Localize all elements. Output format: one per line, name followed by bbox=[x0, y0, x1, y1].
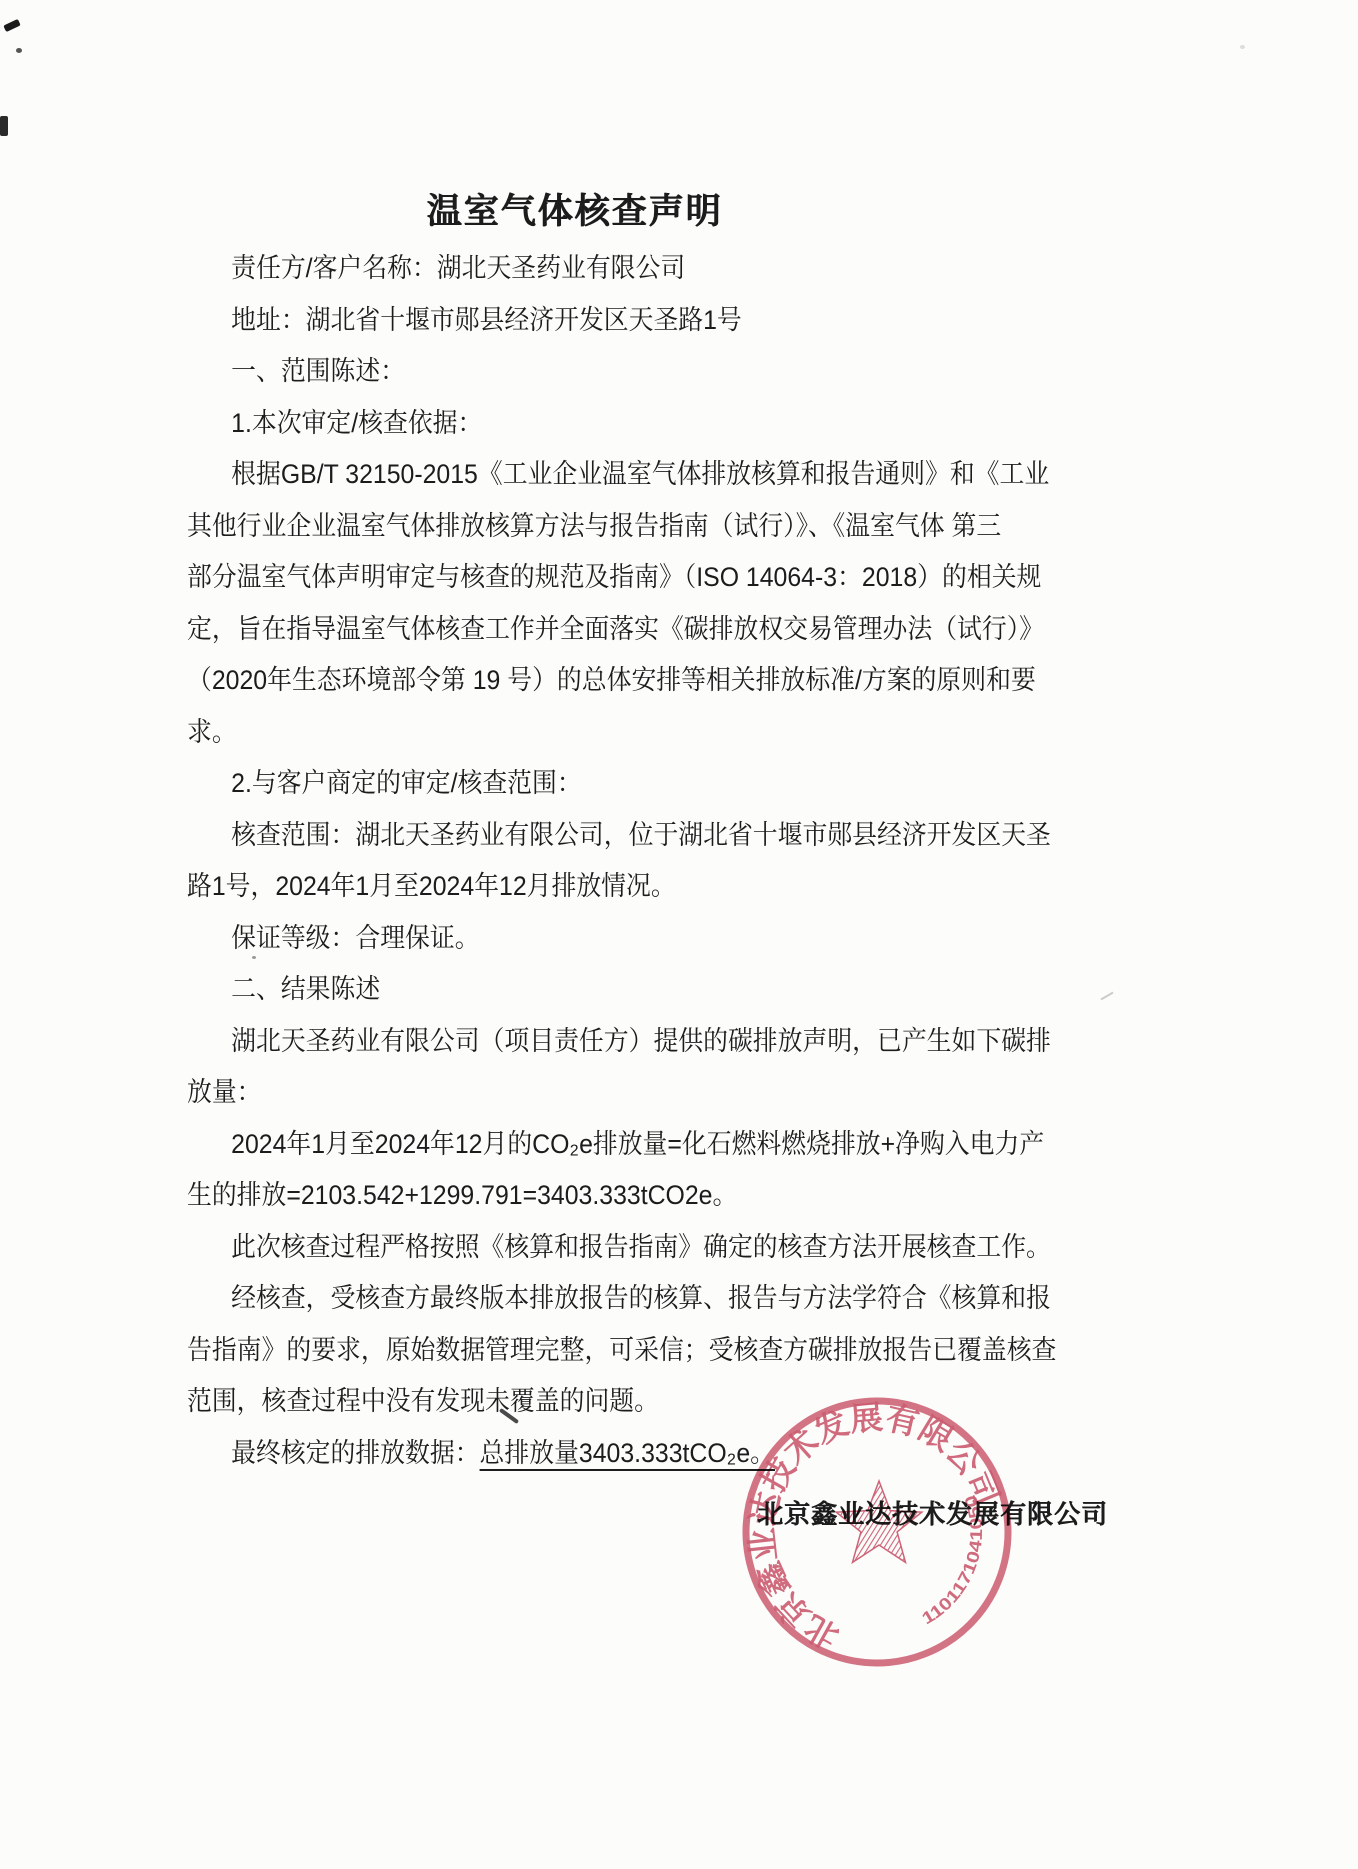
svg-text:1101171041050: 1101171041050 bbox=[919, 1493, 987, 1628]
text-line: 根据GB/T 32150-2015《工业企业温室气体排放核算和报告通则》和《工业 bbox=[187, 449, 914, 501]
text-line: 其他行业企业温室气体排放核算方法与报告指南（试行）》、《温室气体 第三 bbox=[187, 501, 914, 553]
text-line: 一、范围陈述： bbox=[187, 346, 914, 398]
scan-artifact bbox=[1100, 992, 1113, 1001]
text-line: （2020年生态环境部令第 19 号）的总体安排等相关排放标准/方案的原则和要 bbox=[187, 655, 914, 707]
text-line: 1.本次审定/核查依据： bbox=[187, 398, 914, 450]
text-line: 放量： bbox=[187, 1067, 914, 1119]
text-line: 告指南》的要求，原始数据管理完整，可采信；受核查方碳排放报告已覆盖核查 bbox=[187, 1325, 914, 1377]
text-line: 定，旨在指导温室气体核查工作并全面落实《碳排放权交易管理办法（试行）》 bbox=[187, 604, 914, 656]
text-line: 2.与客户商定的审定/核查范围： bbox=[187, 758, 914, 810]
document-title: 温室气体核查声明 bbox=[187, 184, 962, 234]
scan-artifact bbox=[16, 48, 22, 53]
text-line: 路1号，2024年1月至2024年12月排放情况。 bbox=[187, 861, 914, 913]
text-line: 生的排放=2103.542+1299.791=3403.333tCO2e。 bbox=[187, 1170, 914, 1222]
text-line: 部分温室气体声明审定与核查的规范及指南》（ISO 14064-3：2018）的相… bbox=[187, 552, 914, 604]
company-seal-stamp-icon: 北京鑫业达技术发展有限公司 1101171041050 bbox=[727, 1382, 1027, 1682]
scan-artifact bbox=[1240, 45, 1245, 49]
text-line: 保证等级：合理保证。 bbox=[187, 913, 914, 965]
scan-artifact bbox=[3, 19, 20, 32]
text-line: 此次核查过程严格按照《核算和报告指南》确定的核查方法开展核查工作。 bbox=[187, 1222, 914, 1274]
text-line: 求。 bbox=[187, 707, 914, 759]
scan-artifact bbox=[0, 116, 8, 136]
text-line: 经核查，受核查方最终版本排放报告的核算、报告与方法学符合《核算和报 bbox=[187, 1273, 914, 1325]
text-line: 地址：湖北省十堰市郧县经济开发区天圣路1号 bbox=[187, 295, 914, 347]
text-line: 责任方/客户名称：湖北天圣药业有限公司 bbox=[187, 243, 914, 295]
document-body: 责任方/客户名称：湖北天圣药业有限公司地址：湖北省十堰市郧县经济开发区天圣路1号… bbox=[187, 243, 977, 1479]
text-line: 湖北天圣药业有限公司（项目责任方）提供的碳排放声明，已产生如下碳排 bbox=[187, 1016, 914, 1068]
seal-serial-number: 1101171041050 bbox=[919, 1493, 987, 1628]
text-line: 2024年1月至2024年12月的CO₂e排放量=化石燃料燃烧排放+净购入电力产 bbox=[187, 1119, 914, 1171]
text-line: 二、结果陈述 bbox=[187, 964, 914, 1016]
seal-star-icon bbox=[836, 1481, 922, 1562]
text-line: 核查范围：湖北天圣药业有限公司，位于湖北省十堰市郧县经济开发区天圣 bbox=[187, 810, 914, 862]
final-data-label: 最终核定的排放数据： bbox=[231, 1438, 479, 1468]
scanned-document-page: 温室气体核查声明 责任方/客户名称：湖北天圣药业有限公司地址：湖北省十堰市郧县经… bbox=[0, 0, 1358, 1869]
